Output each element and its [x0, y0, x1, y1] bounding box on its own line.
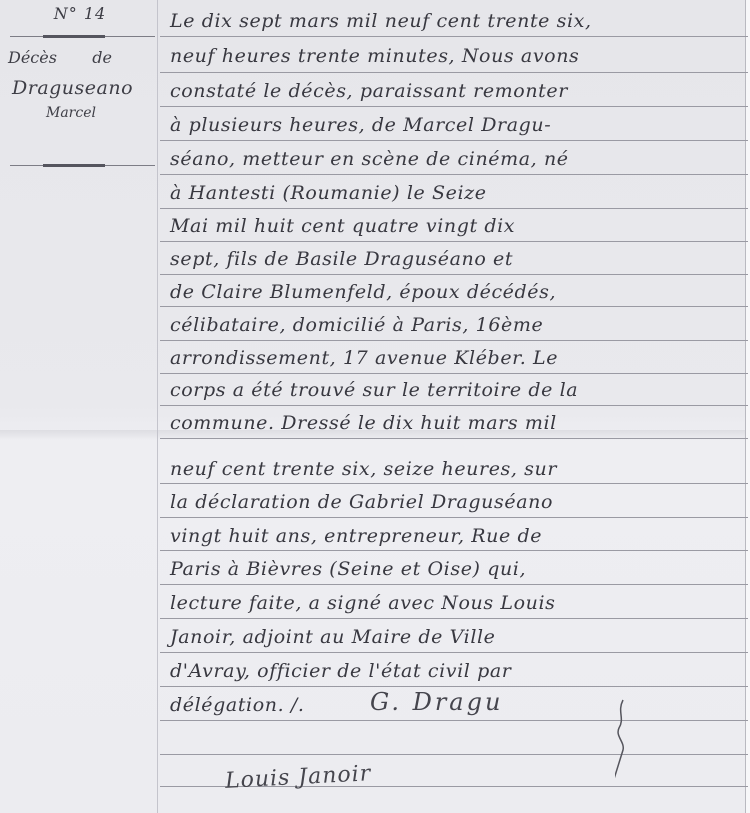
record-line: d'Avray, officier de l'état civil par [170, 660, 745, 682]
ruled-line [160, 106, 748, 107]
record-line: arrondissement, 17 avenue Kléber. Le [170, 347, 745, 369]
ruled-line [160, 686, 748, 687]
record-line: vingt huit ans, entrepreneur, Rue de [170, 525, 745, 547]
record-line: Paris à Bièvres (Seine et Oise) qui, [170, 558, 745, 580]
margin-rule-top [10, 36, 155, 37]
officer-signature: Louis Janoir [224, 761, 371, 794]
record-line: à plusieurs heures, de Marcel Dragu- [170, 114, 745, 136]
ruled-line [160, 274, 748, 275]
record-line: de Claire Blumenfeld, époux décédés, [170, 281, 745, 303]
ruled-line [160, 306, 748, 307]
margin-column: N° 14 Décès de Draguseano Marcel [0, 0, 158, 813]
ruled-line [160, 483, 748, 484]
margin-surname: Draguseano [12, 77, 154, 99]
record-line: à Hantesti (Roumanie) le Seize [170, 182, 745, 204]
ruled-line [160, 208, 748, 209]
ruled-line [160, 652, 748, 653]
ruled-line [160, 373, 748, 374]
record-line: lecture faite, a signé avec Nous Louis [170, 592, 745, 614]
record-line: célibataire, domicilié à Paris, 16ème [170, 314, 745, 336]
record-line: la déclaration de Gabriel Draguséano [170, 491, 745, 513]
ruled-line [160, 550, 748, 551]
margin-title-de: de [92, 48, 112, 67]
ruled-line [160, 241, 748, 242]
ruled-line [160, 754, 748, 755]
margin-divider [157, 0, 158, 813]
ruled-line [160, 36, 748, 37]
record-line: Mai mil huit cent quatre vingt dix [170, 215, 745, 237]
register-page: N° 14 Décès de Draguseano Marcel Le dix … [0, 0, 750, 813]
record-line: corps a été trouvé sur le territoire de … [170, 379, 745, 401]
ruled-line [160, 720, 748, 721]
page-right-edge [745, 0, 750, 813]
record-line: neuf cent trente six, seize heures, sur [170, 458, 745, 480]
ruled-line [160, 140, 748, 141]
record-line: constaté le décès, paraissant remonter [170, 80, 745, 102]
record-line: séano, metteur en scène de cinéma, né [170, 148, 745, 170]
signature-flourish-icon [615, 698, 627, 808]
record-line: commune. Dressé le dix huit mars mil [170, 412, 745, 434]
ruled-line [160, 72, 748, 73]
ruled-line [160, 340, 748, 341]
act-number: N° 14 [40, 4, 120, 23]
ruled-line [160, 405, 748, 406]
ruled-line [160, 517, 748, 518]
ruled-line [160, 438, 748, 439]
margin-title: Décès de Draguseano Marcel [4, 48, 154, 121]
record-line: Janoir, adjoint au Maire de Ville [170, 626, 745, 648]
ruled-line [160, 618, 748, 619]
record-line: neuf heures trente minutes, Nous avons [170, 45, 745, 67]
ruled-line [160, 174, 748, 175]
margin-rule-bottom [10, 165, 155, 166]
declarant-signature: G. Dragu [370, 688, 503, 716]
margin-given-name: Marcel [46, 105, 154, 121]
record-line: sept, fils de Basile Draguséano et [170, 248, 745, 270]
record-line: Le dix sept mars mil neuf cent trente si… [170, 10, 745, 32]
margin-title-deces: Décès [8, 48, 57, 67]
ruled-line [160, 584, 748, 585]
